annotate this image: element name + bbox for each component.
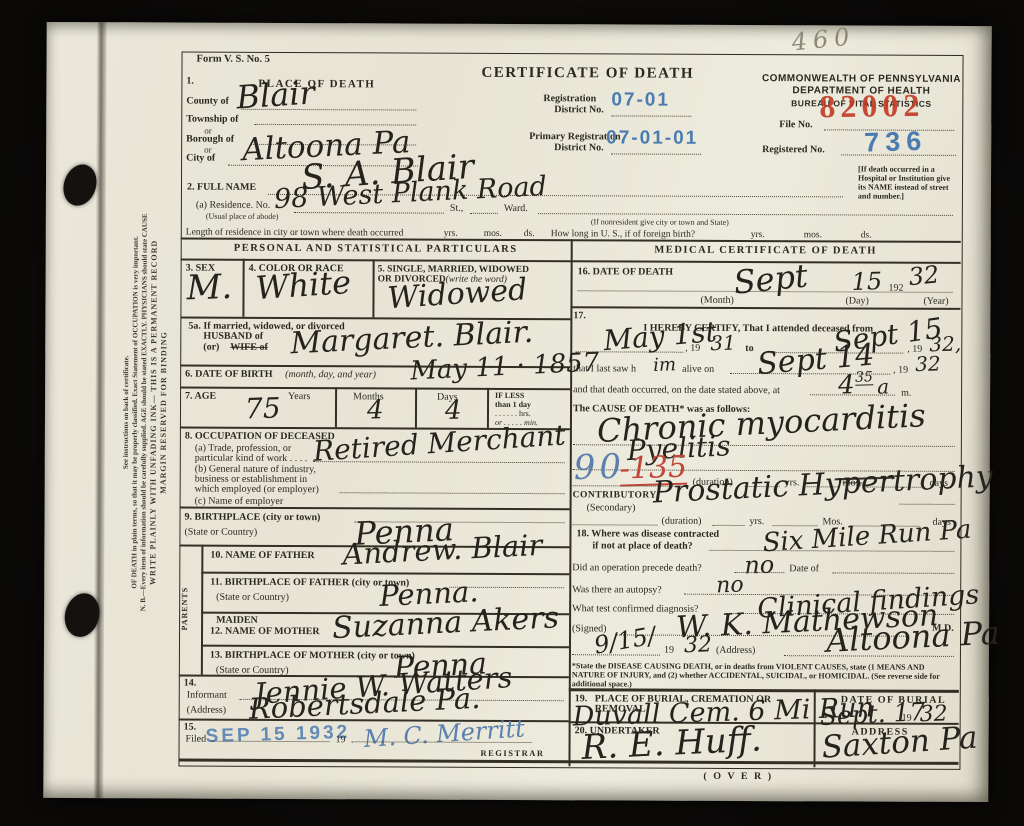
color-race-value: White	[255, 266, 352, 304]
contracted-label2: if not at place of death?	[592, 541, 692, 551]
borough-label: Borough of	[186, 135, 234, 145]
day-note: (Day)	[845, 296, 868, 306]
husband-of-label: HUSBAND of	[203, 332, 263, 342]
age-label: 7. AGE	[185, 392, 216, 402]
father-bp-state-label: (State or Country)	[216, 593, 289, 603]
scan-background: See instructions on back of certificate.…	[0, 0, 1024, 826]
file-no-label: File No.	[779, 120, 812, 130]
margin-line: MARGIN RESERVED FOR BINDING	[157, 67, 170, 757]
wife-of-label: WIFE of	[230, 343, 268, 353]
dotted-line	[713, 525, 745, 526]
sex-value: M.	[186, 270, 233, 305]
occ-a-label2: particular kind of work . . . .	[195, 454, 308, 464]
cause-code-blue: 90	[573, 450, 625, 486]
yrs-label: yrs.	[750, 517, 765, 527]
over-label: ( O V E R )	[703, 772, 773, 782]
dob-label: 6. DATE OF BIRTH	[185, 370, 272, 380]
address-note-label: (Address)	[716, 646, 755, 656]
filed-date-stamp: SEP 15 1932	[205, 723, 350, 746]
personal-title: PERSONAL AND STATISTICAL PARTICULARS	[181, 244, 571, 256]
filed-number: 15.	[184, 723, 197, 733]
autopsy-value: no	[716, 575, 744, 598]
section-1-number: 1.	[186, 77, 194, 87]
registration-district-label: Registration	[543, 94, 596, 104]
mos-label: mos.	[484, 229, 502, 239]
autopsy-label: Was there an autopsy?	[572, 585, 661, 595]
registration-district-label2: District No.	[554, 105, 603, 115]
mother-birthplace-label: 13. BIRTHPLACE OF MOTHER (city or town)	[210, 651, 415, 662]
contributory-label: CONTRIBUTORY	[573, 490, 657, 500]
date-of-label: Date of	[789, 564, 819, 574]
to-label: to	[745, 344, 753, 354]
birthplace-state-label: (State or Country)	[184, 528, 257, 538]
birthplace-label: 9. BIRTHPLACE (city or town)	[185, 513, 321, 524]
township-label: Township of	[186, 115, 238, 125]
occ-c-label: (c) Name of employer	[195, 497, 284, 507]
item-17-number: 17.	[573, 311, 586, 321]
death-occurred-label: and that death occurred, on the date sta…	[573, 385, 780, 396]
registered-no-label: Registered No.	[762, 145, 825, 155]
filed-label: Filed	[186, 735, 207, 745]
printed-19: 19	[664, 646, 674, 656]
yrs-label: yrs.	[444, 229, 458, 239]
cell-divider	[372, 259, 374, 317]
dotted-line	[470, 213, 498, 214]
attended-from-year: 31	[710, 333, 736, 354]
primary-registration-label2: District No.	[554, 143, 603, 153]
certificate-title: CERTIFICATE OF DEATH	[481, 68, 694, 79]
operation-label: Did an operation precede death?	[572, 563, 701, 574]
informant-label: Informant	[187, 691, 227, 701]
operation-value: no	[744, 553, 775, 578]
informant-number: 14.	[184, 679, 197, 689]
residence-label: (a) Residence. No.	[196, 201, 270, 211]
violent-causes-footnote: *State the DISEASE CAUSING DEATH, or in …	[572, 661, 956, 690]
age-days-value: 4	[445, 397, 462, 423]
ward-label: Ward.	[504, 204, 528, 214]
age-months-value: 4	[367, 397, 384, 423]
medical-title: MEDICAL CERTIFICATE OF DEATH	[571, 245, 961, 257]
date-of-death-label: 16. DATE OF DEATH	[578, 267, 673, 277]
yrs-label: yrs.	[751, 230, 765, 240]
death-time-hour: 4	[838, 372, 855, 398]
last-saw-him: im	[653, 356, 676, 375]
years-label: Years	[288, 392, 310, 402]
maiden-label: MAIDEN	[216, 616, 258, 626]
printed-19: 19	[336, 735, 346, 745]
ds-label: ds.	[861, 230, 872, 240]
death-month-value: Sept	[732, 259, 809, 298]
registered-number: 736	[864, 128, 928, 157]
dob-note: (month, day, and year)	[285, 370, 376, 380]
father-name-label: 10. NAME OF FATHER	[210, 551, 314, 561]
duration-label: (duration)	[662, 517, 702, 527]
secondary-label: (Secondary)	[587, 503, 636, 513]
full-name-label: 2. FULL NAME	[187, 183, 256, 193]
or-label: (or)	[203, 343, 219, 353]
abode-note: (Usual place of abode)	[206, 212, 279, 221]
if-less-hrs: . . . . . . hrs.	[495, 409, 531, 418]
file-number-stamp: 82002	[819, 89, 924, 122]
undertaker-value: R. E. Huff.	[581, 722, 763, 765]
city-label: City of	[186, 154, 215, 164]
age-years-value: 75	[245, 394, 281, 423]
printed-19: , 19	[893, 366, 908, 376]
margin-instructions: See instructions on back of certificate.…	[120, 67, 169, 757]
parents-label: PARENTS	[180, 587, 189, 631]
physician-address-value: Altoona Pa	[825, 617, 1000, 657]
cell-divider	[335, 387, 337, 427]
death-time-ampm: a	[877, 376, 890, 396]
printed-192: 192	[889, 284, 904, 294]
informant-address-label: (Address)	[187, 706, 226, 716]
street-label: St.,	[450, 204, 463, 214]
last-saw-label: that I last saw h	[573, 364, 636, 374]
printed-19: , 19	[685, 344, 700, 354]
cell-divider	[242, 259, 244, 317]
hospital-note: [If death occurred in a Hospital or Inst…	[858, 164, 960, 200]
county-label: County of	[186, 97, 229, 107]
last-saw-year: 32	[915, 353, 941, 374]
registration-district-number: 07-01	[611, 90, 670, 109]
pencil-annotation: 460	[791, 24, 857, 54]
mother-name-label: 12. NAME OF MOTHER	[210, 627, 320, 637]
cell-divider	[487, 388, 489, 428]
registrar-label: REGISTRAR	[480, 748, 544, 758]
year-note: (Year)	[923, 297, 948, 307]
contracted-label: 18. Where was disease contracted	[576, 529, 719, 540]
death-year-value: 32	[907, 262, 940, 289]
death-time-min: 35	[855, 370, 873, 386]
marital-value: Widowed	[387, 275, 528, 314]
commonwealth-label: COMMONWEALTH OF PENNSYLVANIA	[756, 74, 966, 85]
binding-fold-shadow	[93, 22, 106, 798]
mos-label: mos.	[804, 230, 822, 240]
ds-label: ds.	[524, 229, 535, 239]
certificate-paper: See instructions on back of certificate.…	[43, 22, 991, 802]
cell-divider	[415, 388, 417, 428]
alive-on-label: alive on	[682, 365, 714, 375]
how-long-label: How long in U. S., if of foreign birth?	[551, 229, 695, 240]
printed-19: 19	[902, 714, 912, 724]
sign-year-value: 32	[684, 634, 713, 657]
if-less-label: IF LESS	[495, 391, 524, 400]
death-day-value: 15	[851, 269, 882, 294]
month-note: (Month)	[700, 296, 733, 306]
nonresident-note: (If nonresident give city or town and St…	[591, 217, 729, 227]
form-number: Form V. S. No. 5	[197, 55, 270, 65]
primary-registration-number: 07-01-01	[606, 128, 698, 147]
occ-b-label3: which employed (or employer)	[195, 485, 319, 496]
if-less-label2: than 1 day	[495, 400, 531, 409]
